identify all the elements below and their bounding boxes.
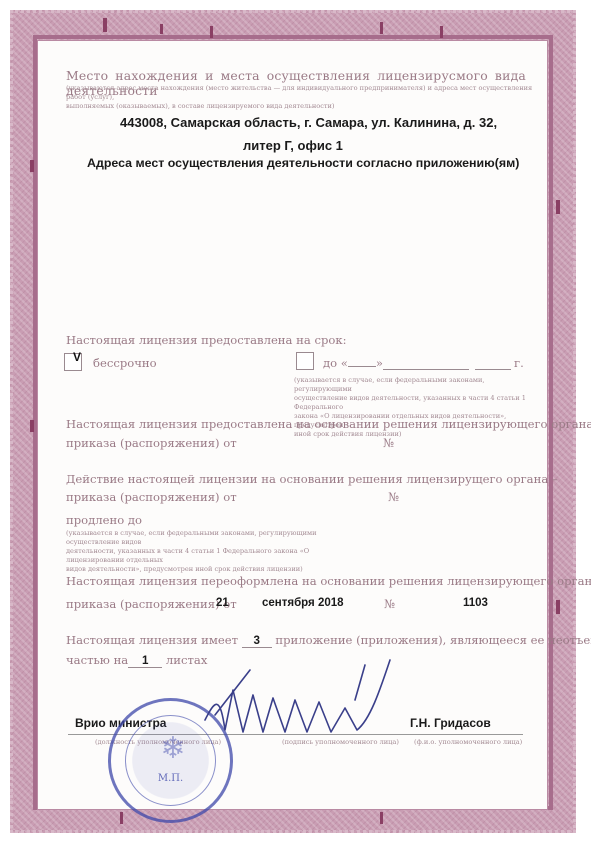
sheets-count: 1 <box>128 654 162 668</box>
unlimited-checkbox[interactable]: V <box>64 353 82 371</box>
reissue-line-1: Настоящая лицензия переоформлена на осно… <box>66 574 591 588</box>
sheets-prefix: частью на <box>66 653 128 667</box>
frame-ornament <box>380 22 383 34</box>
address-line-3: Адреса мест осуществления деятельности с… <box>87 156 519 170</box>
address-line-1: 443008, Самарская область, г. Самара, ул… <box>120 115 497 130</box>
frame-ornament <box>556 200 560 214</box>
extension-line-1: Действие настоящей лицензии на основании… <box>66 472 558 486</box>
location-note-line: (указываются адрес места нахождения (мес… <box>66 84 536 102</box>
grant-line-1: Настоящая лицензия предоставлена на осно… <box>66 417 591 431</box>
grant-number-label: № <box>383 436 394 450</box>
frame-ornament <box>440 26 443 38</box>
until-note-line: осуществление видов деятельности, указан… <box>294 394 534 412</box>
term-label: Настоящая лицензия предоставлена на срок… <box>66 333 347 347</box>
until-open: до « <box>323 356 348 370</box>
until-year-suffix: г. <box>514 356 524 370</box>
until-label: до «» <box>323 356 383 370</box>
extension-note-line: деятельности, указанных в части 4 статьи… <box>66 547 366 565</box>
stamp-label: М.П. <box>111 773 230 784</box>
reissue-day: 21 <box>216 597 229 609</box>
reissue-line-2: приказа (распоряжения) от <box>66 597 237 611</box>
frame-ornament <box>160 24 163 34</box>
extension-note-line: (указывается в случае, если федеральными… <box>66 529 366 547</box>
until-checkbox[interactable] <box>296 352 314 370</box>
address-line-2: литер Г, офис 1 <box>243 138 343 153</box>
extended-until-label: продлено до <box>66 513 142 527</box>
reissue-month-year: сентября 2018 <box>262 597 344 609</box>
until-year-field[interactable] <box>475 369 511 370</box>
frame-ornament <box>380 812 383 824</box>
until-month-field[interactable] <box>383 369 469 370</box>
frame-ornament <box>30 160 34 172</box>
location-note-line: выполняемых (оказываемых), в составе лиц… <box>66 102 536 111</box>
until-note-line: (указывается в случае, если федеральными… <box>294 376 534 394</box>
check-mark-icon: V <box>73 350 81 364</box>
extension-line-2: приказа (распоряжения) от <box>66 490 237 504</box>
appendix-line-2: частью на1 листах <box>66 653 207 668</box>
until-day-field[interactable] <box>348 366 376 367</box>
until-note-line: иной срок действия лицензии) <box>294 430 534 439</box>
reissue-number: 1103 <box>463 597 488 609</box>
handwritten-signature <box>195 640 435 750</box>
frame-ornament <box>556 600 560 614</box>
extension-note-line: видов деятельности», предусмотрен иной с… <box>66 565 366 574</box>
frame-ornament <box>103 18 107 32</box>
coat-of-arms-icon: ❄ <box>153 731 193 767</box>
frame-ornament <box>30 420 34 432</box>
reissue-number-label: № <box>384 597 395 611</box>
frame-ornament <box>120 812 123 824</box>
frame-ornament <box>210 26 213 38</box>
extension-number-label: № <box>388 490 399 504</box>
extension-note: (указывается в случае, если федеральными… <box>66 529 366 574</box>
unlimited-label: бессрочно <box>93 356 157 370</box>
until-close: » <box>376 356 383 370</box>
grant-line-2: приказа (распоряжения) от <box>66 436 237 450</box>
location-note: (указываются адрес места нахождения (мес… <box>66 84 536 111</box>
